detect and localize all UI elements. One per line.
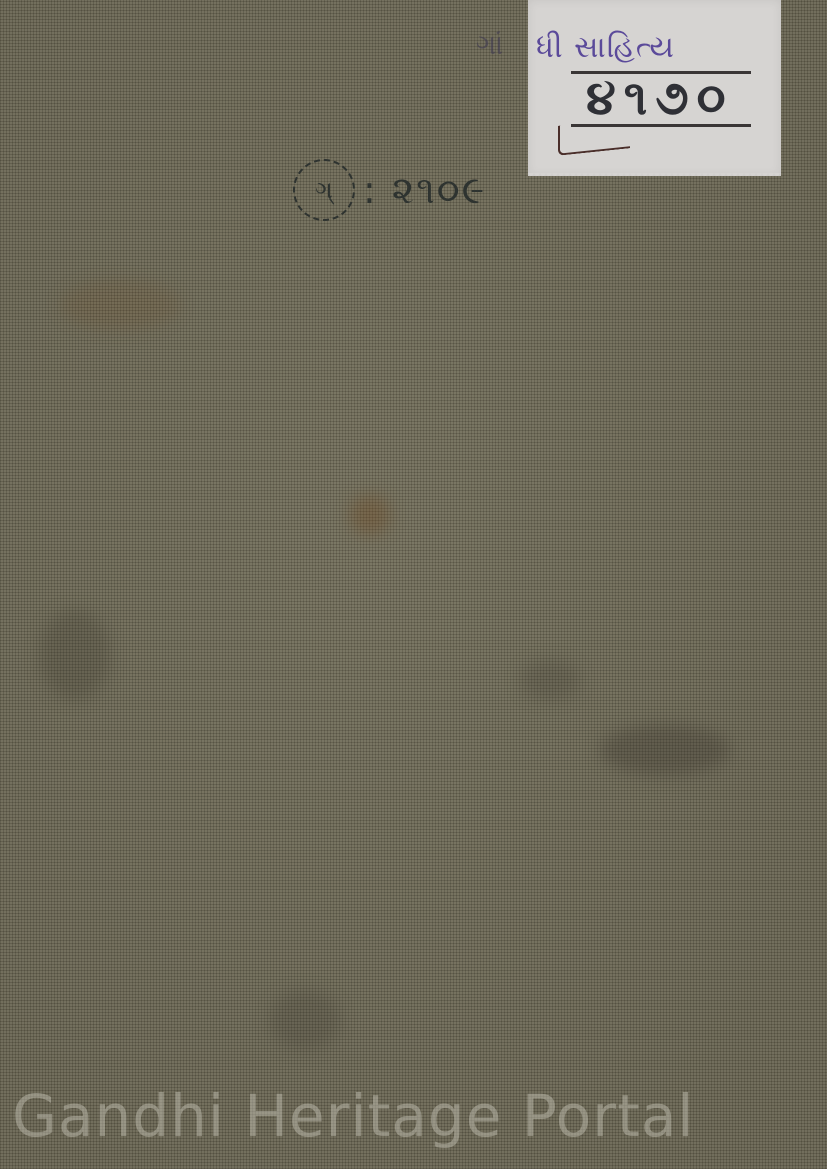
accession-circle-glyph: ગ્ — [315, 176, 333, 204]
accession-number: : ૨૧૦૯ — [363, 168, 486, 213]
library-label: ધી સાહિત્ય ૪૧૭૦ — [528, 0, 781, 176]
accession-mark: ગ્ : ૨૧૦૯ — [293, 155, 486, 225]
stain — [270, 990, 340, 1050]
stain — [350, 495, 390, 535]
stain — [60, 280, 180, 330]
label-catalog-number: ૪૧૭૦ — [586, 70, 734, 127]
label-title-faded-prefix: ગાં — [476, 28, 503, 62]
accession-circle-stamp: ગ્ — [293, 159, 355, 221]
stain — [520, 660, 580, 700]
watermark: Gandhi Heritage Portal — [12, 1082, 695, 1150]
stain — [600, 725, 730, 775]
book-cover: ગાં ધી સાહિત્ય ૪૧૭૦ ગ્ : ૨૧૦૯ Gandhi Her… — [0, 0, 827, 1169]
check-mark-icon — [558, 118, 630, 156]
stain — [40, 610, 110, 700]
label-title: ધી સાહિત્ય — [536, 30, 675, 65]
